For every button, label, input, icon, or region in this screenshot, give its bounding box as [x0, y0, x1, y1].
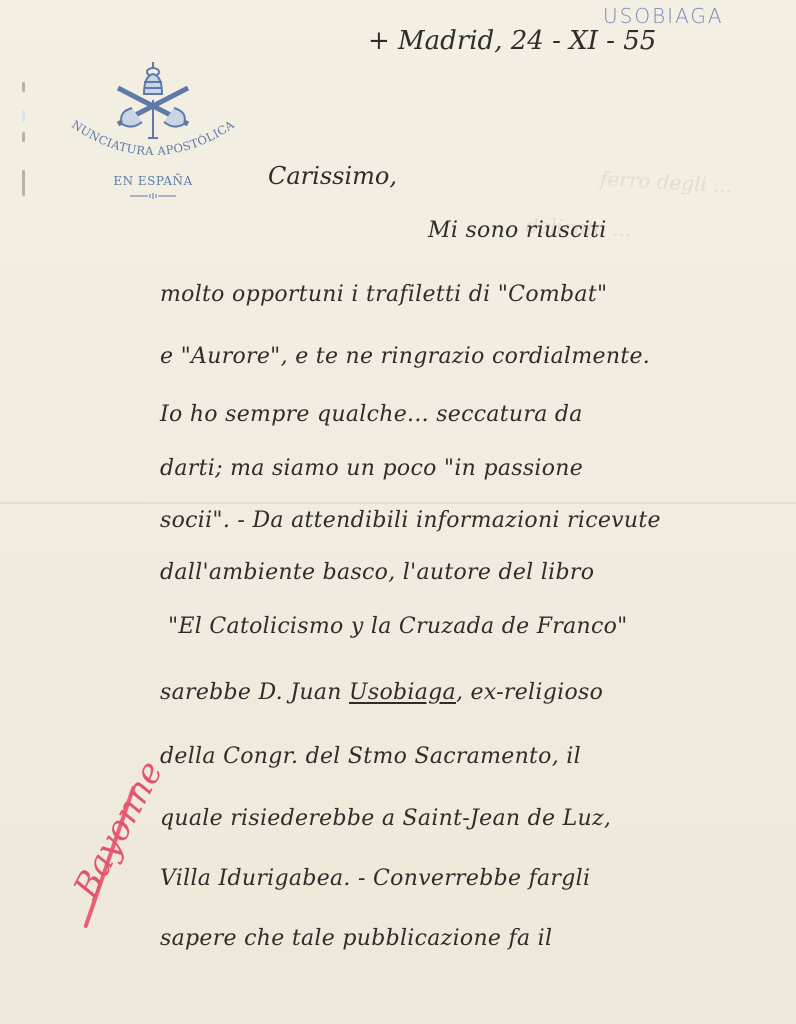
paper-fold-line [0, 502, 796, 504]
ornament-divider-icon [130, 193, 176, 199]
letter-line: della Congr. del Stmo Sacramento, il [160, 744, 581, 769]
letter-line: "El Catolicismo y la Cruzada de Franco" [168, 614, 628, 639]
letter-line-with-name: sarebbe D. Juan Usobiaga, ex-religioso [160, 680, 603, 705]
binding-holes [22, 82, 28, 202]
svg-text:NUNCIATURA APOSTÓLICA: NUNCIATURA APOSTÓLICA [69, 117, 237, 158]
underlined-surname: Usobiaga [349, 680, 456, 705]
letterhead-institution: NUNCIATURA APOSTÓLICA [58, 107, 248, 177]
letter-line: dall'ambiente basco, l'autore del libro [160, 560, 594, 585]
letter-line: e "Aurore", e te ne ringrazio cordialmen… [160, 344, 650, 369]
letter-line: Villa Idurigabea. - Converrebbe fargli [160, 866, 590, 891]
letter-line: sarebbe D. Juan Usobiaga, ex-religioso [160, 680, 603, 705]
letter-line: Io ho sempre qualche... seccatura da [160, 402, 583, 427]
letter-line: molto opportuni i trafiletti di "Combat" [160, 282, 607, 307]
letter-line: darti; ma siamo un poco "in passione [160, 456, 583, 481]
letterhead: NUNCIATURA APOSTÓLICA EN ESPAÑA [58, 52, 248, 212]
letterhead-location: EN ESPAÑA [58, 174, 248, 188]
archive-stamp: USOBIAGA [603, 4, 724, 28]
letter-page: ferro degli ... ... delicato ... NUNCIAT… [0, 0, 796, 1024]
bleed-through-text: ferro degli ... [599, 167, 732, 198]
letter-line: socii". - Da attendibili informazioni ri… [160, 508, 661, 533]
letter-line: sapere che tale pubblicazione fa il [160, 926, 552, 951]
margin-note-bayonne: Bayonne [66, 755, 171, 905]
letter-line: Mi sono riusciti [428, 218, 607, 243]
letter-line: quale risiederebbe a Saint-Jean de Luz, [160, 806, 611, 831]
salutation: Carissimo, [268, 162, 397, 190]
dateline: + Madrid, 24 - XI - 55 [368, 26, 656, 56]
